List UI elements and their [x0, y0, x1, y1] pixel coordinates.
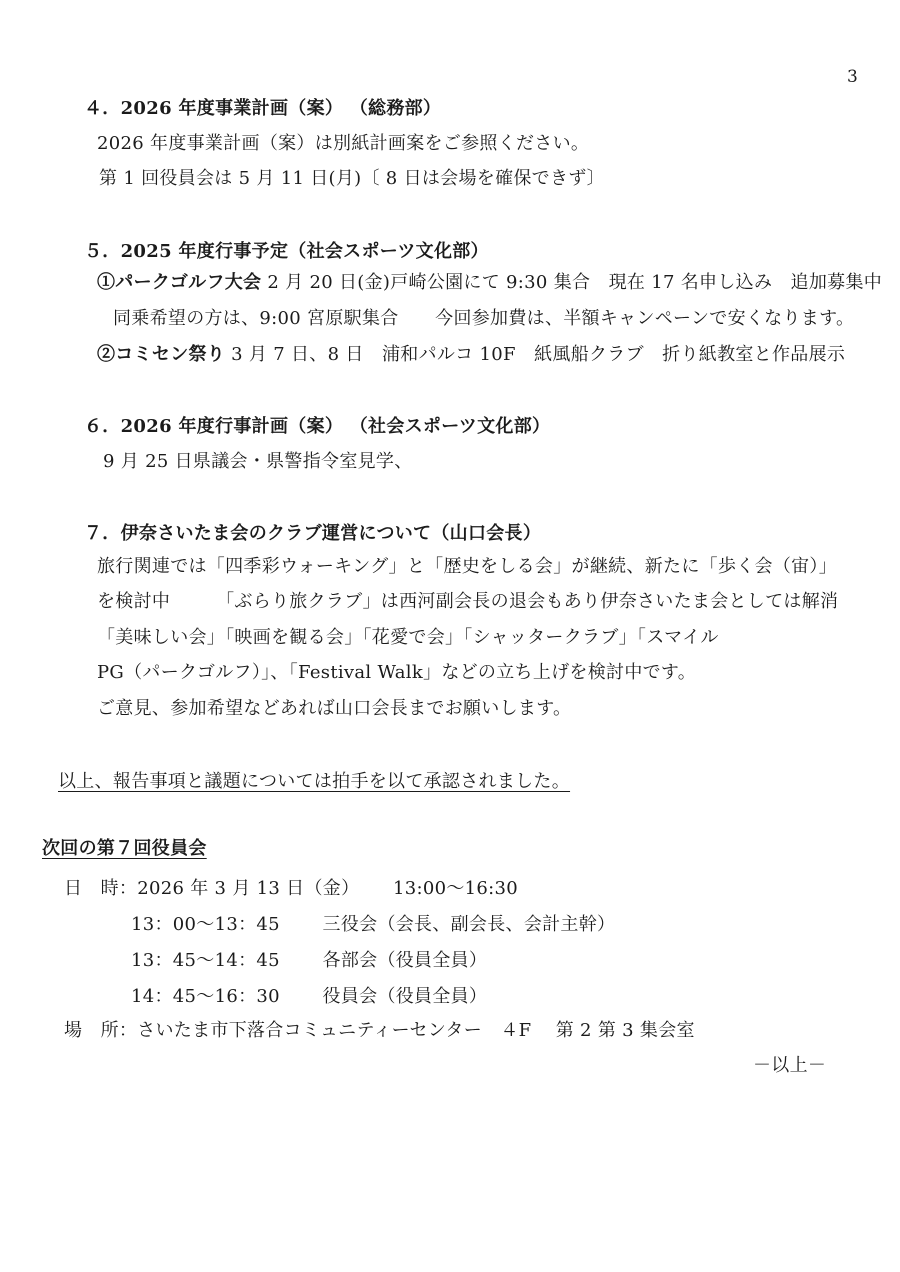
- section-5-item-1-text: 2 月 20 日(金)戸崎公園にて 9:30 集合 現在 17 名申し込み 追加…: [261, 272, 882, 293]
- closing-mark: －以上－: [753, 1054, 826, 1077]
- next-meeting-schedule-item: 13：00～13：45 三役会（会長、副会長、会計主幹）: [131, 913, 615, 936]
- section-7-line-5: ご意見、参加希望などあれば山口会長までお願いします。: [97, 697, 571, 720]
- next-meeting-schedule-item: 14：45～16：30 役員会（役員全員）: [131, 985, 487, 1008]
- section-6-line-1: 9 月 25 日県議会・県警指令室見学、: [103, 450, 413, 473]
- next-meeting-place: 場 所：さいたま市下落合コミュニティーセンター ４F 第 2 第 3 集会室: [64, 1019, 695, 1042]
- section-4-heading: ４．2026 年度事業計画（案） （総務部）: [84, 97, 441, 120]
- document-page: 3 ４．2026 年度事業計画（案） （総務部） 2026 年度事業計画（案）は…: [0, 0, 900, 1272]
- section-5-item-1-label: ①パークゴルフ大会: [97, 272, 261, 293]
- section-5-item-1: ①パークゴルフ大会 2 月 20 日(金)戸崎公園にて 9:30 集合 現在 1…: [97, 271, 882, 294]
- section-7-line-4: PG（パークゴルフ）」、「Festival Walk」などの立ち上げを検討中です…: [97, 661, 696, 684]
- section-7-heading: ７．伊奈さいたま会のクラブ運営について（山口会長）: [84, 522, 541, 545]
- section-6-heading: ６．2026 年度行事計画（案） （社会スポーツ文化部）: [84, 415, 550, 438]
- section-7-line-2: を検討中 「ぶらり旅クラブ」は西河副会長の退会もあり伊奈さいたま会としては解消: [97, 590, 838, 613]
- next-meeting-schedule-item: 13：45～14：45 各部会（役員全員）: [131, 949, 487, 972]
- section-5-heading: ５．2025 年度行事予定（社会スポーツ文化部）: [84, 240, 489, 263]
- section-5-item-2-text: 3 月 7 日、8 日 浦和パルコ 10F 紙風船クラブ 折り紙教室と作品展示: [225, 344, 845, 365]
- page-number: 3: [847, 67, 858, 87]
- section-5-item-1-continuation: 同乗希望の方は、9:00 宮原駅集合 今回参加費は、半額キャンペーンで安くなりま…: [113, 307, 854, 330]
- section-4-line-1: 2026 年度事業計画（案）は別紙計画案をご参照ください。: [97, 132, 589, 155]
- section-4-line-2: 第 1 回役員会は 5 月 11 日(月)〔 8 日は会場を確保できず〕: [99, 167, 605, 190]
- section-5-item-2: ②コミセン祭り 3 月 7 日、8 日 浦和パルコ 10F 紙風船クラブ 折り紙…: [97, 343, 845, 366]
- section-5-item-2-label: ②コミセン祭り: [97, 344, 225, 365]
- next-meeting-heading: 次回の第７回役員会: [42, 837, 207, 860]
- approval-statement: 以上、報告事項と議題については拍手を以て承認されました。: [58, 770, 570, 793]
- next-meeting-datetime: 日 時：2026 年 3 月 13 日（金） 13:00～16:30: [64, 877, 518, 900]
- section-7-line-1: 旅行関連では「四季彩ウォーキング」と「歴史をしる会」が継続、新たに「歩く会（宙）…: [97, 555, 837, 578]
- section-7-line-3: 「美味しい会」「映画を観る会」「花愛で会」「シャッタークラブ」「スマイル: [97, 626, 719, 649]
